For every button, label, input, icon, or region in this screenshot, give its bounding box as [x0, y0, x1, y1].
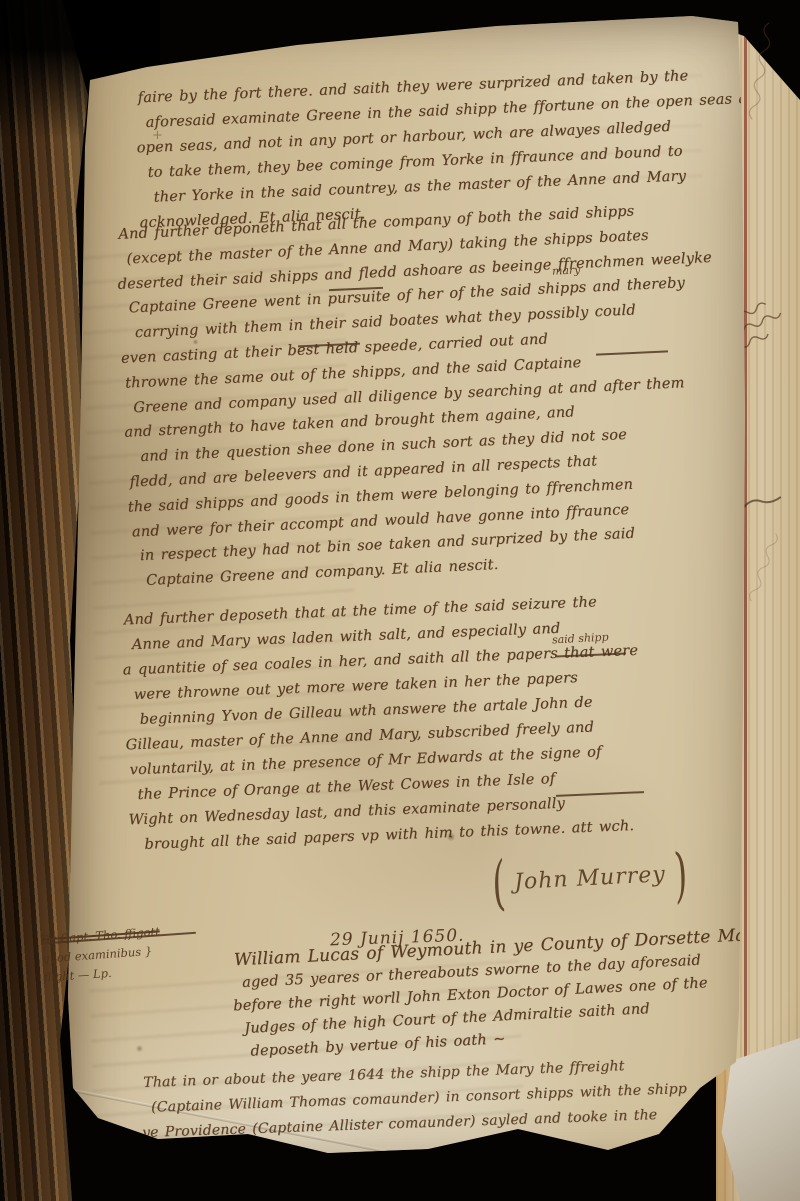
- interlinear-insertion: mary: [552, 263, 581, 277]
- page-edge-shading: [52, 12, 752, 1182]
- manuscript-page: faire by the fort there. and saith they …: [52, 12, 752, 1182]
- fore-edge-line: [744, 30, 747, 1201]
- pen-cross-mark: +: [152, 128, 163, 143]
- manuscript-photo: faire by the fort there. and saith they …: [0, 0, 800, 1201]
